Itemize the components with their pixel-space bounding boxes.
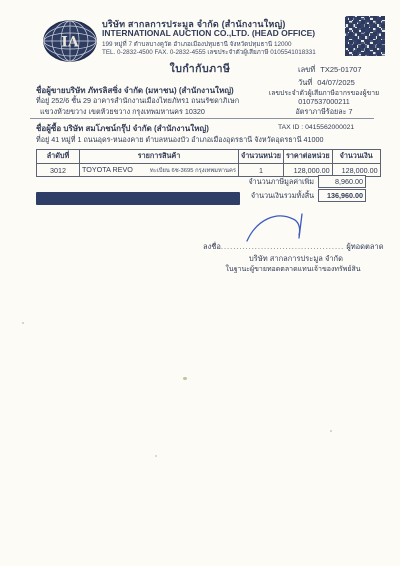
document-date-label: วันที่ [298,78,312,87]
document-number-label: เลขที่ [298,65,315,74]
scan-noise-speck [22,322,24,324]
buyer-name-line: ชื่อผู้ซื้อ บริษัท สมโภชน์กรุ๊ป จำกัด (ส… [36,122,209,135]
item-description-cell: TOYOTA REVO ทะเบียน 6ช-3695 กรุงเทพมหานค… [80,164,239,177]
item-license-plate-note: ทะเบียน 6ช-3695 กรุงเทพมหานคร [150,165,236,175]
sign-label: ลงชื่อ [203,242,221,251]
column-header-qty: จำนวนหน่วย [239,150,284,164]
company-header-block: บริษัท สากลการประมูล จำกัด (สำนักงานใหญ่… [102,19,346,57]
column-header-unit-price: ราคาต่อหน่วย [284,150,333,164]
vat-amount-label: จำนวนภาษีมูลค่าเพิ่ม [198,177,314,188]
signature-dotted-line: ........................................ [221,242,344,251]
column-header-desc: รายการสินค้า [80,150,239,164]
section-divider [30,118,374,119]
line-items-table: ลำดับที่ รายการสินค้า จำนวนหน่วย ราคาต่อ… [36,149,381,177]
document-number: เลขที่TX25-01707 [298,64,362,76]
item-quantity: 1 [239,164,284,177]
qr-code [345,16,385,56]
table-header-row: ลำดับที่ รายการสินค้า จำนวนหน่วย ราคาต่อ… [37,150,381,164]
handwritten-signature [243,211,317,245]
globe-logo-icon: IA [42,19,98,63]
item-no: 3012 [37,164,80,177]
document-date-value: 04/07/2025 [317,78,355,87]
scan-noise-speck [155,455,157,457]
tax-invoice-document: IA บริษัท สากลการประมูล จำกัด (สำนักงานใ… [0,0,400,566]
buyer-tax-id: TAX ID : 0415562000021 [278,124,354,131]
redaction-bar [36,192,240,205]
item-description: TOYOTA REVO [82,165,133,174]
company-name-english: INTERNATIONAL AUCTION CO.,LTD. (HEAD OFF… [102,29,346,39]
signature-capacity: ในฐานะผู้ขายทอดตลาดแทนเจ้าของทรัพย์สิน [180,264,400,275]
seller-address-line2: แขวงห้วยขวาง เขตห้วยขวาง กรุงเทพมหานคร 1… [40,107,205,118]
seller-tax-id: 0107537000211 [252,97,396,106]
buyer-address-line: ที่อยู่ 41 หมู่ที่ 1 ถนนอุดร-หนองคาย ตำบ… [36,135,324,146]
vat-amount-value: 8,960.00 [318,175,366,188]
signer-role: ผู้ทอดตลาด [346,242,383,251]
total-amount-value: 136,960.00 [318,189,366,202]
column-header-no: ลำดับที่ [37,150,80,164]
company-address: 199 หมู่ที่ 7 ตำบลบางคูวัด อำเภอเมืองปทุ… [102,41,346,48]
document-number-value: TX25-01707 [320,65,361,74]
seller-vat-rate: อัตราภาษีร้อยละ 7 [252,107,396,118]
scan-noise-speck [330,430,332,432]
company-contact: TEL. 0-2832-4500 FAX. 0-2832-4555 เลขประ… [102,49,346,56]
column-header-amount: จำนวนเงิน [332,150,380,164]
scan-noise-speck [183,377,187,380]
logo-letters: IA [61,35,80,51]
seller-address-line1: ที่อยู่ 252/6 ชั้น 29 อาคารสำนักงานเมือง… [36,96,239,107]
signature-line: ลงชื่อ..................................… [203,241,384,253]
